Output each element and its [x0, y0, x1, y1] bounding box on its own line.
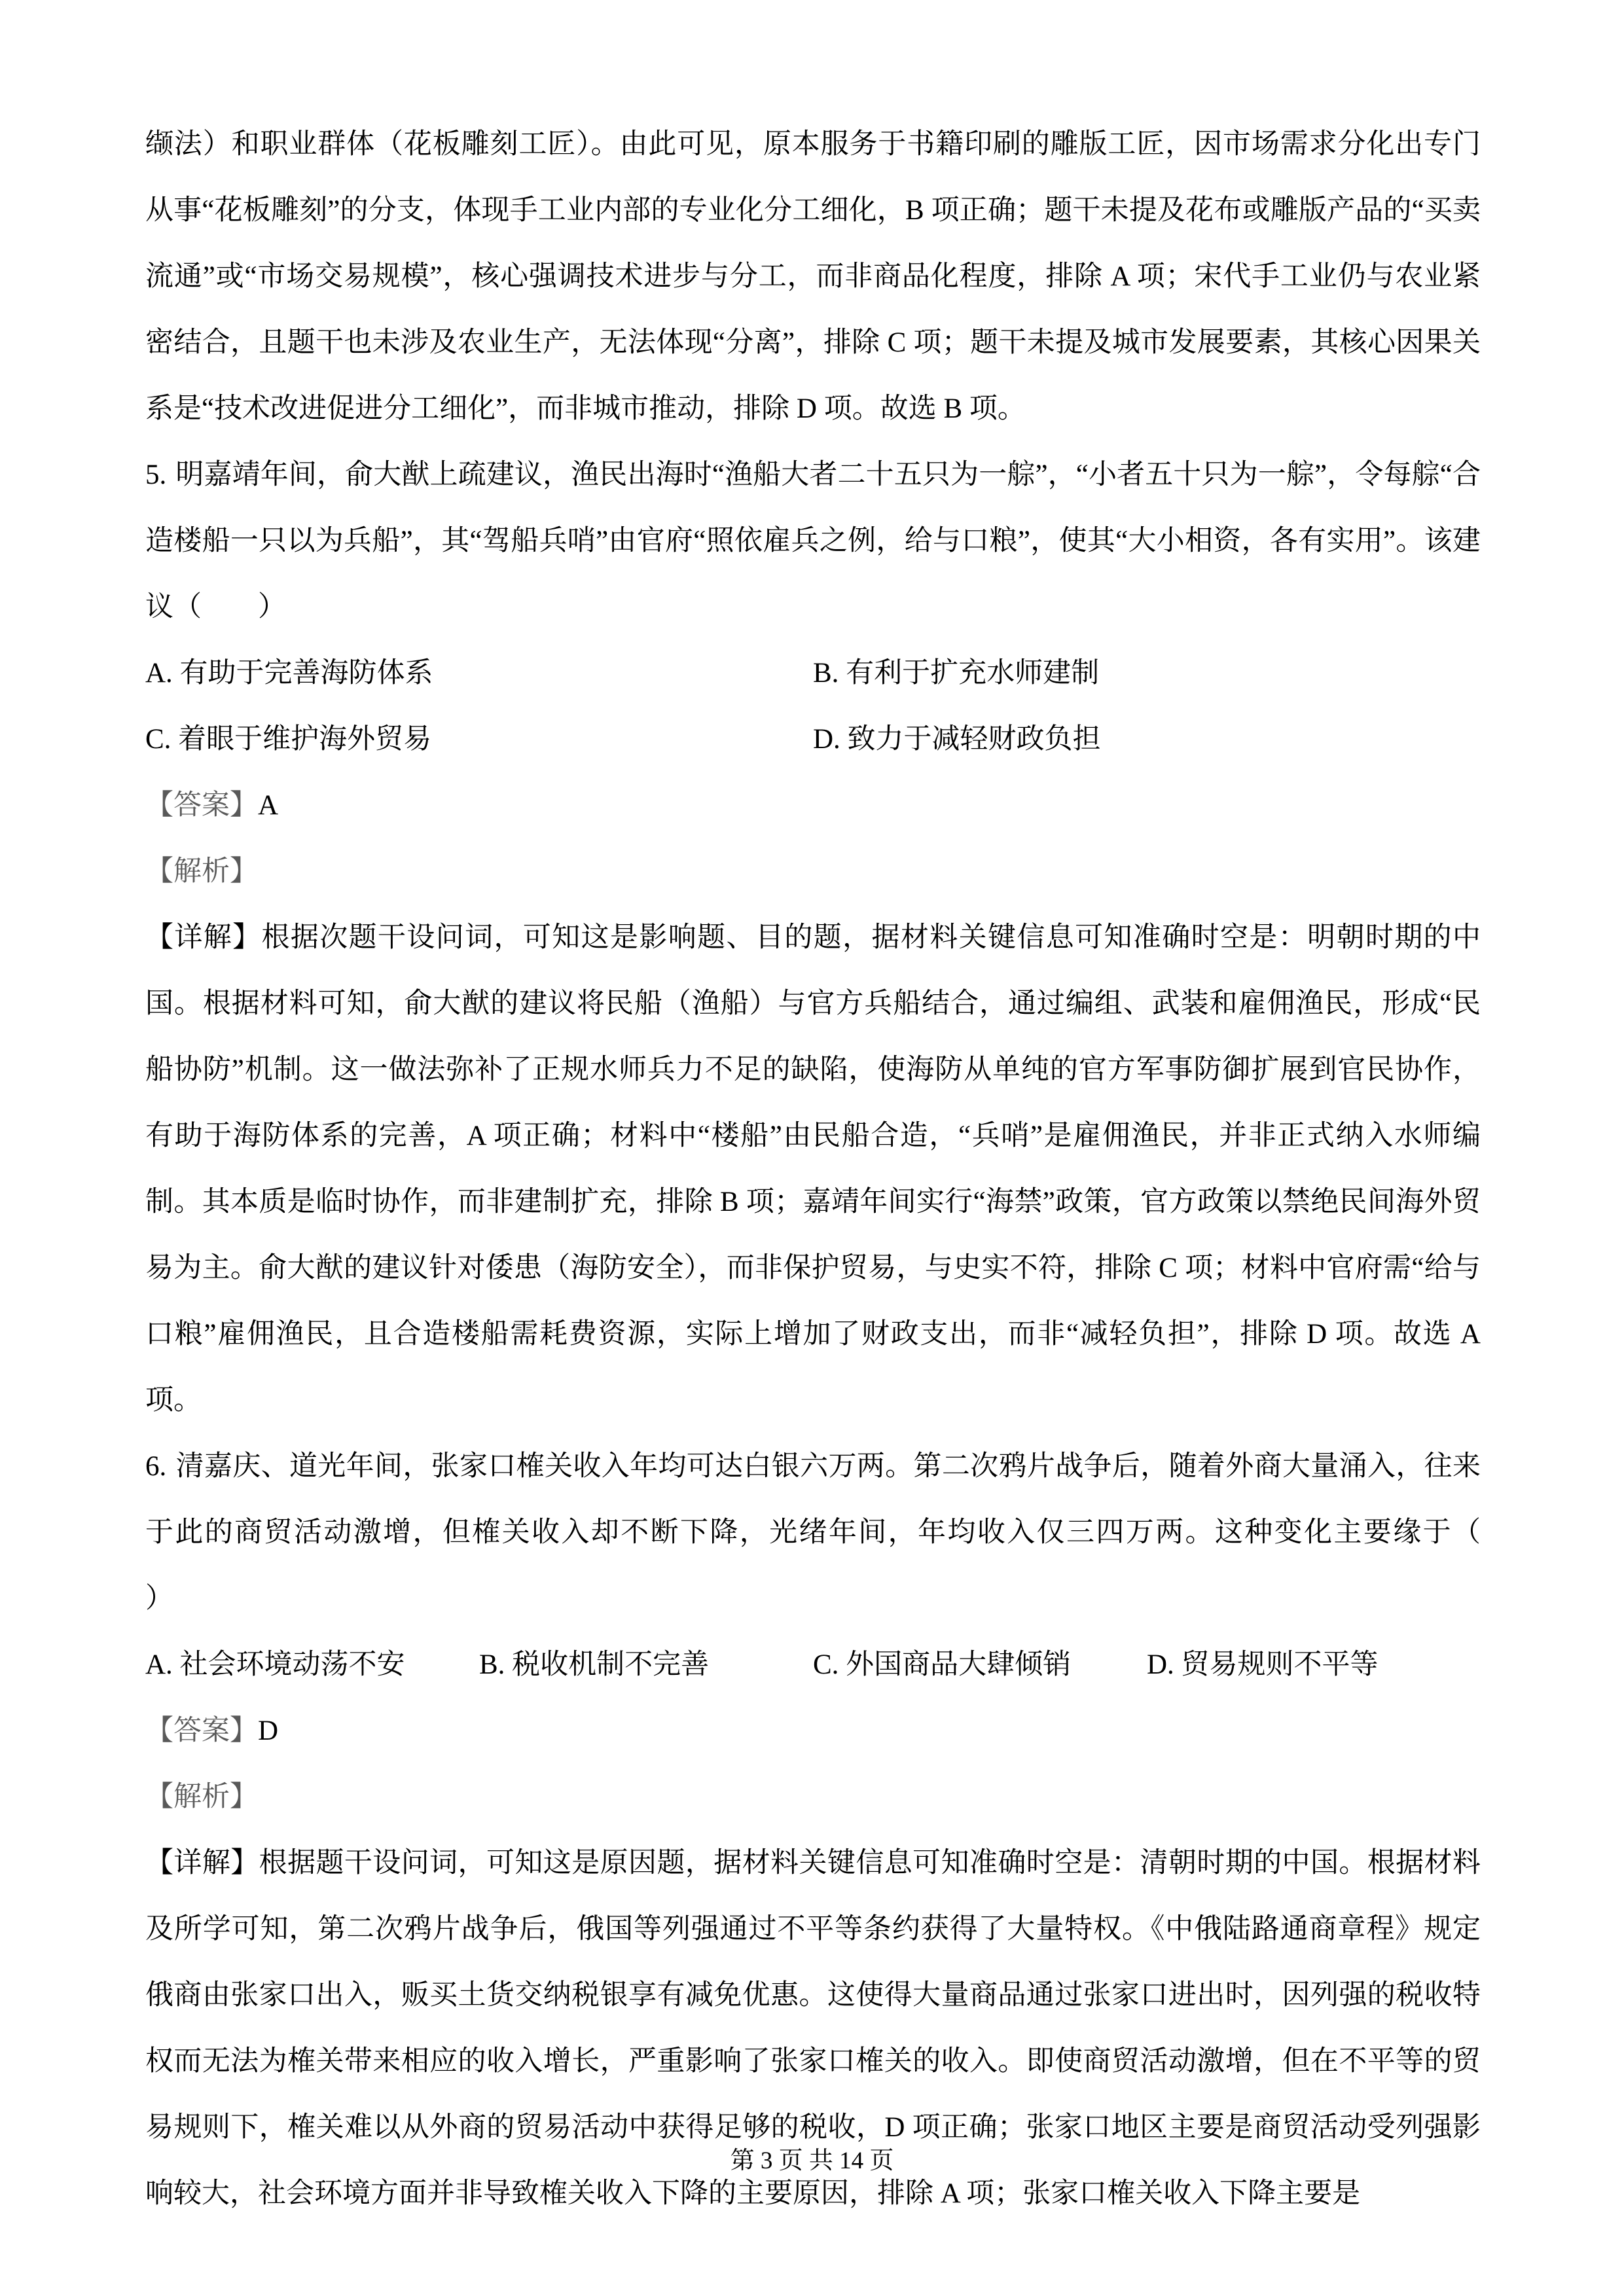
q5-answer-label: 【答案】	[145, 790, 258, 821]
exam-answer-page: 缬法）和职业群体（花板雕刻工匠）。由此可见，原本服务于书籍印刷的雕版工匠，因市场…	[0, 0, 1624, 2296]
q6-analysis-line: 【解析】	[145, 1764, 1481, 1830]
q5-detail-text: 根据次题干设问词，可知这是影响题、目的题，据材料关键信息可知准确时空是：明朝时期…	[145, 922, 1481, 1416]
q5-stem: 5.明嘉靖年间，俞大猷上疏建议，渔民出海时“渔船大者二十五只为一䑸”，“小者五十…	[145, 442, 1481, 640]
q5-detail: 【详解】根据次题干设问词，可知这是影响题、目的题，据材料关键信息可知准确时空是：…	[145, 905, 1481, 1433]
q6-answer-label: 【答案】	[145, 1715, 258, 1746]
q6-option-b: B. 税收机制不完善	[479, 1632, 813, 1698]
q6-detail-label: 【详解】	[145, 1848, 259, 1878]
q6-answer-line: 【答案】D	[145, 1698, 1481, 1764]
q6-stem-text: 清嘉庆、道光年间，张家口榷关收入年均可达白银六万两。第二次鸦片战争后，随着外商大…	[145, 1451, 1537, 1614]
q6-number: 6.	[145, 1451, 166, 1482]
q5-options: A. 有助于完善海防体系 B. 有利于扩充水师建制 C. 着眼于维护海外贸易 D…	[145, 640, 1481, 772]
q5-answer-value: A	[258, 790, 278, 821]
page-content: 缬法）和职业群体（花板雕刻工匠）。由此可见，原本服务于书籍印刷的雕版工匠，因市场…	[145, 111, 1481, 2227]
q5-option-a: A. 有助于完善海防体系	[145, 640, 813, 706]
q6-option-c: C. 外国商品大肆倾销	[813, 1632, 1147, 1698]
q6-option-a: A. 社会环境动荡不安	[145, 1632, 479, 1698]
q5-option-c: C. 着眼于维护海外贸易	[145, 706, 813, 772]
q5-number: 5.	[145, 459, 166, 490]
q5-detail-label: 【详解】	[145, 922, 262, 953]
page-number-footer: 第 3 页 共 14 页	[0, 2142, 1624, 2181]
q6-analysis-label: 【解析】	[145, 1782, 258, 1812]
q6-options: A. 社会环境动荡不安 B. 税收机制不完善 C. 外国商品大肆倾销 D. 贸易…	[145, 1632, 1481, 1698]
q5-option-d: D. 致力于减轻财政负担	[813, 706, 1481, 772]
q5-analysis-label: 【解析】	[145, 856, 258, 887]
q6-option-d: D. 贸易规则不平等	[1147, 1632, 1481, 1698]
q5-answer-line: 【答案】A	[145, 772, 1481, 838]
q6-answer-value: D	[258, 1715, 278, 1746]
q5-option-b: B. 有利于扩充水师建制	[813, 640, 1481, 706]
q4-explanation-continued: 缬法）和职业群体（花板雕刻工匠）。由此可见，原本服务于书籍印刷的雕版工匠，因市场…	[145, 111, 1481, 442]
q5-analysis-line: 【解析】	[145, 838, 1481, 905]
q6-stem: 6.清嘉庆、道光年间，张家口榷关收入年均可达白银六万两。第二次鸦片战争后，随着外…	[145, 1433, 1481, 1632]
q5-stem-text: 明嘉靖年间，俞大猷上疏建议，渔民出海时“渔船大者二十五只为一䑸”，“小者五十只为…	[145, 459, 1481, 622]
